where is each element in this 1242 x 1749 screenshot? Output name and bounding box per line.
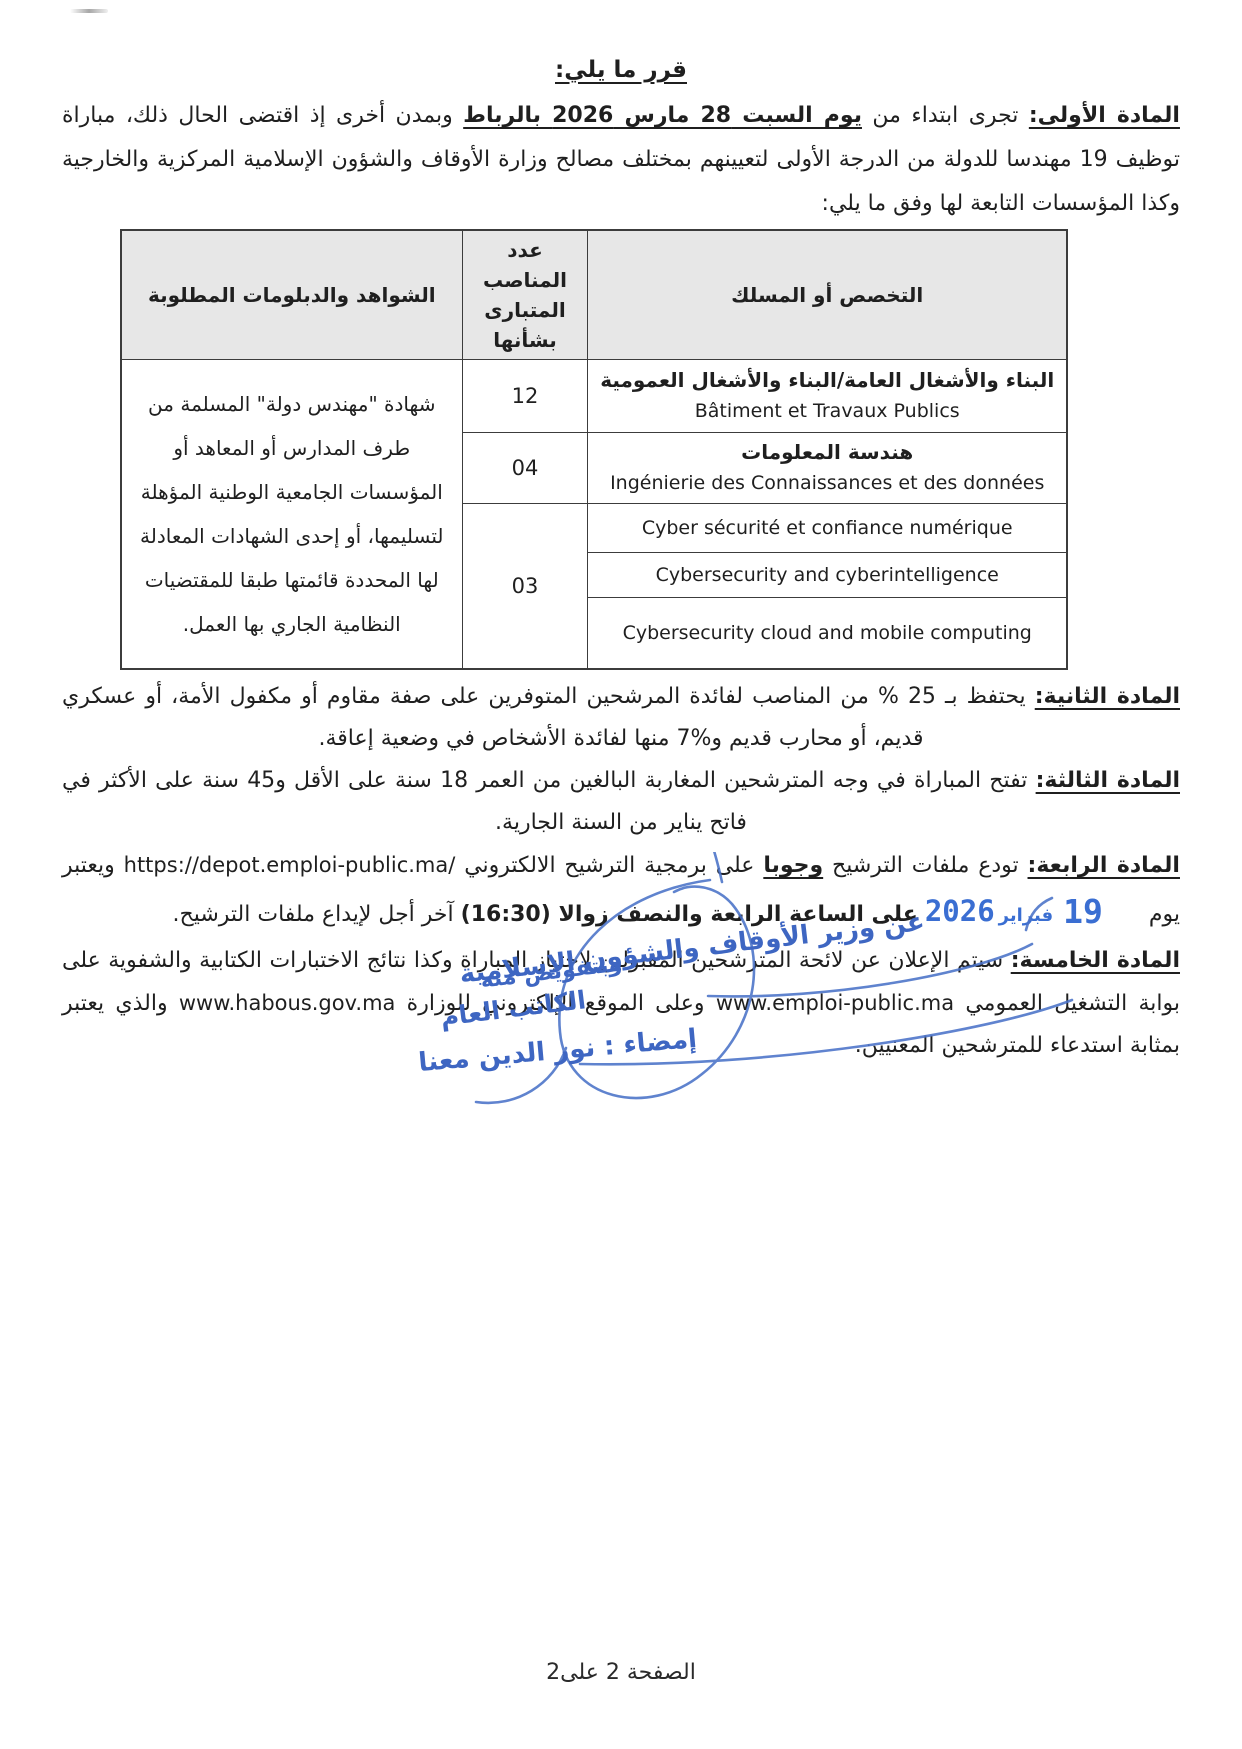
article-4-line-2: يوم19فبراير2026 على الساعة الرابعة والنص…	[62, 887, 1180, 940]
specialty-fr: Cybersecurity cloud and mobile computing	[596, 618, 1058, 649]
scan-artifact-mark	[70, 9, 108, 13]
article-1-text-1: تجرى ابتداء من	[862, 103, 1029, 128]
cell-specialty-ingenierie: هندسة المعلومات Ingénierie des Connaissa…	[588, 433, 1067, 504]
article-5: المادة الخامسة: سيتم الإعلان عن لائحة ال…	[62, 940, 1180, 1067]
article-3-text: تفتح المباراة في وجه المترشحين المغاربة …	[62, 768, 1036, 835]
specialty-fr: Bâtiment et Travaux Publics	[596, 396, 1058, 427]
article-5-label: المادة الخامسة:	[1011, 948, 1180, 973]
deadline-day-stamp: 19	[1063, 892, 1103, 931]
document-content: قرر ما يلي: المادة الأولى: تجرى ابتداء م…	[0, 0, 1242, 1067]
cell-count-04: 04	[462, 433, 588, 504]
article-3: المادة الثالثة: تفتح المباراة في وجه الم…	[62, 760, 1180, 844]
article-2-label: المادة الثانية:	[1035, 684, 1180, 709]
cell-count-03: 03	[462, 504, 588, 670]
specialty-ar: البناء والأشغال العامة/البناء والأشغال ا…	[596, 365, 1058, 396]
cell-specialty-batiment: البناء والأشغال العامة/البناء والأشغال ا…	[588, 360, 1067, 433]
article-4-text-3: ويعتبر	[62, 853, 124, 878]
article-4-mandatory-word: وجوبا	[763, 853, 823, 878]
article-1-exam-date: يوم السبت 28 مارس 2026 بالرباط	[463, 103, 862, 128]
article-4-text-6: آخر أجل لإيداع ملفات الترشيح.	[173, 902, 461, 927]
article-4-label: المادة الرابعة:	[1028, 853, 1180, 878]
article-1-label: المادة الأولى:	[1029, 103, 1180, 128]
cell-specialty-cyber-3: Cybersecurity cloud and mobile computing	[588, 598, 1067, 670]
page-number: الصفحة 2 على2	[0, 1660, 1242, 1685]
table-row: البناء والأشغال العامة/البناء والأشغال ا…	[121, 360, 1067, 433]
article-2: المادة الثانية: يحتفظ بـ 25 % من المناصب…	[62, 676, 1180, 760]
article-3-label: المادة الثالثة:	[1036, 768, 1180, 793]
article-4-line-1: المادة الرابعة: تودع ملفات الترشيح وجوبا…	[62, 844, 1180, 887]
decision-title-text: قرر ما يلي:	[555, 57, 687, 83]
header-count: عدد المناصب المتبارى بشأنها	[462, 230, 588, 360]
specialty-fr: Ingénierie des Connaissances et des donn…	[596, 468, 1058, 499]
article-4-text-2: على برمجية الترشيح الالكتروني	[455, 853, 763, 878]
header-specialty: التخصص أو المسلك	[588, 230, 1067, 360]
decision-title: قرر ما يلي:	[62, 50, 1180, 90]
deadline-year-stamp: 2026	[925, 894, 995, 928]
specialty-fr: Cybersecurity and cyberintelligence	[596, 560, 1058, 591]
header-docs: الشواهد والدبلومات المطلوبة	[121, 230, 462, 360]
cell-specialty-cyber-2: Cybersecurity and cyberintelligence	[588, 553, 1067, 598]
article-1: المادة الأولى: تجرى ابتداء من يوم السبت …	[62, 94, 1180, 226]
public-employment-portal-url: www.emploi-public.ma	[716, 991, 954, 1015]
cell-specialty-cyber-1: Cyber sécurité et confiance numérique	[588, 504, 1067, 553]
table-header-row: التخصص أو المسلك عدد المناصب المتبارى بش…	[121, 230, 1067, 360]
cell-required-diplomas: شهادة "مهندس دولة" المسلمة من طرف المدار…	[121, 360, 462, 670]
application-portal-url: https://depot.emploi-public.ma/	[124, 853, 456, 877]
deadline-time-text: على الساعة الرابعة والنصف زوالا (16:30)	[461, 902, 918, 927]
specialty-ar: هندسة المعلومات	[596, 437, 1058, 468]
document-page: { "page": { "title": "قرر ما يلي:", "foo…	[0, 0, 1242, 1749]
positions-table: التخصص أو المسلك عدد المناصب المتبارى بش…	[120, 229, 1068, 670]
article-4-text-1: تودع ملفات الترشيح	[823, 853, 1027, 878]
ministry-website-url: www.habous.gov.ma	[179, 991, 396, 1015]
specialty-fr: Cyber sécurité et confiance numérique	[596, 513, 1058, 544]
deadline-month-stamp: فبراير	[999, 905, 1053, 926]
day-word: يوم	[1149, 902, 1180, 927]
cell-count-12: 12	[462, 360, 588, 433]
article-5-text-2: وعلى الموقع الإلكتروني للوزارة	[395, 991, 715, 1016]
article-2-text: يحتفظ بـ 25 % من المناصب لفائدة المرشحين…	[62, 684, 1035, 751]
